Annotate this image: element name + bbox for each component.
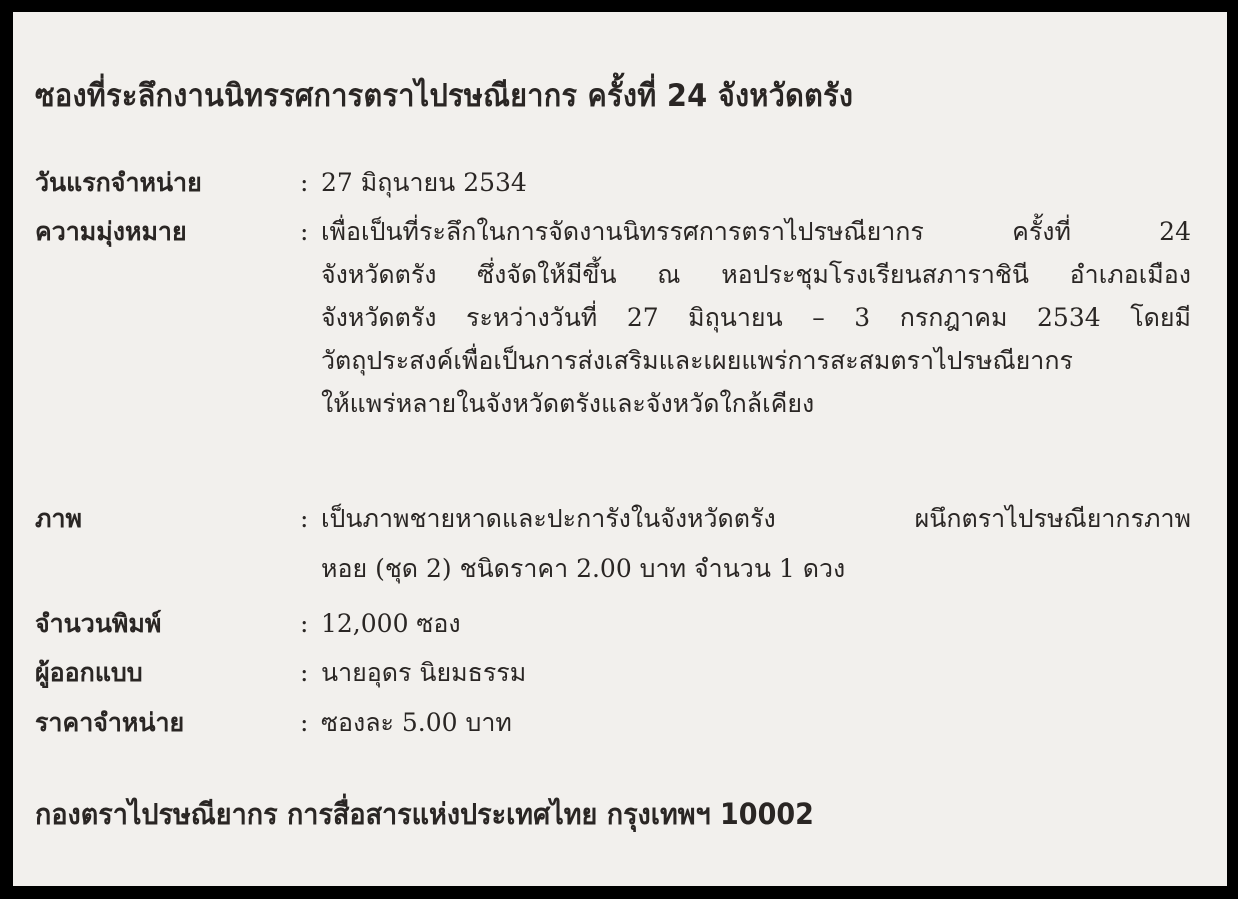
value-line: จังหวัดตรัง ซึ่งจัดให้มีขึ้น ณ หอประชุมโ… <box>321 254 1191 297</box>
field-colon: : <box>300 162 308 204</box>
field-colon: : <box>300 498 308 540</box>
field-colon: : <box>300 603 308 645</box>
field-label: ราคาจำหน่าย <box>35 702 184 744</box>
field-colon: : <box>300 702 308 744</box>
value-line: นายอุดร นิยมธรรม <box>321 652 1191 695</box>
field-value: ซองละ 5.00 บาท <box>321 702 1191 745</box>
field-value: 12,000 ซอง <box>321 603 1191 646</box>
value-line: จังหวัดตรัง ระหว่างวันที่ 27 มิถุนายน – … <box>321 297 1191 340</box>
issuer-footer: กองตราไปรษณียากร การสื่อสารแห่งประเทศไทย… <box>35 791 814 837</box>
field-value: เพื่อเป็นที่ระลึกในการจัดงานนิทรรศการตรา… <box>321 211 1191 426</box>
value-line: ให้แพร่หลายในจังหวัดตรังและจังหวัดใกล้เค… <box>321 383 1191 426</box>
value-line: วัตถุประสงค์เพื่อเป็นการส่งเสริมและเผยแพ… <box>321 340 1191 383</box>
field-label: ความมุ่งหมาย <box>35 211 187 253</box>
field-label: วันแรกจำหน่าย <box>35 162 202 204</box>
field-colon: : <box>300 211 308 253</box>
field-value: นายอุดร นิยมธรรม <box>321 652 1191 695</box>
field-value: เป็นภาพชายหาดและปะการังในจังหวัดตรัง ผนึ… <box>321 498 1191 591</box>
value-line: ซองละ 5.00 บาท <box>321 702 1191 745</box>
field-label: ภาพ <box>35 498 82 540</box>
field-colon: : <box>300 652 308 694</box>
document-card: ซองที่ระลึกงานนิทรรศการตราไปรษณียากร ครั… <box>13 12 1227 886</box>
field-label: ผู้ออกแบบ <box>35 652 143 694</box>
value-line: เพื่อเป็นที่ระลึกในการจัดงานนิทรรศการตรา… <box>321 211 1191 254</box>
field-label: จำนวนพิมพ์ <box>35 603 161 645</box>
document-title: ซองที่ระลึกงานนิทรรศการตราไปรษณียากร ครั… <box>35 70 853 120</box>
value-line: 12,000 ซอง <box>321 603 1191 646</box>
value-line: เป็นภาพชายหาดและปะการังในจังหวัดตรัง ผนึ… <box>321 498 1191 548</box>
value-line: หอย (ชุด 2) ชนิดราคา 2.00 บาท จำนวน 1 ดว… <box>321 548 1191 591</box>
field-value: 27 มิถุนายน 2534 <box>321 162 1191 205</box>
value-line: 27 มิถุนายน 2534 <box>321 162 1191 205</box>
